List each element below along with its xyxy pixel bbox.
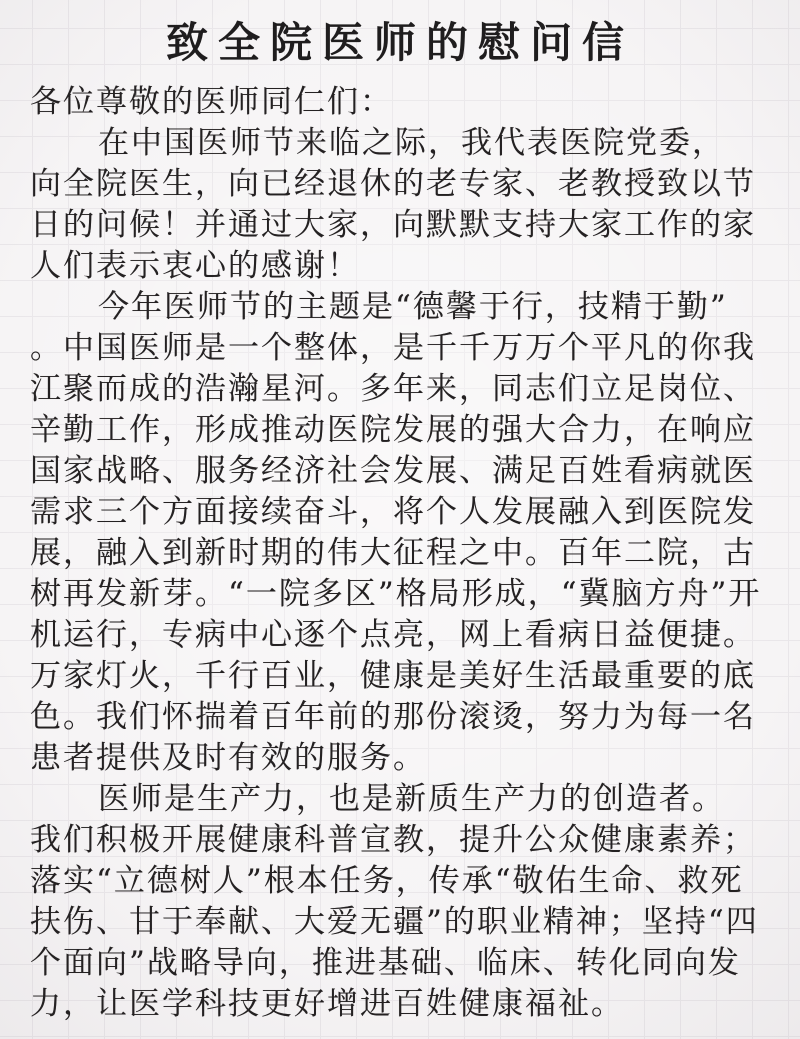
letter-title: 致全院医师的慰问信 <box>0 0 800 68</box>
letter-line: 江聚而成的浩瀚星河。多年来，同志们立足岗位、 <box>30 369 774 410</box>
letter-line: 人们表示衷心的感谢！ <box>30 246 774 287</box>
letter-line: 万家灯火，千行百业，健康是美好生活最重要的底 <box>30 656 774 697</box>
letter-line: 患者提供及时有效的服务。 <box>30 738 774 779</box>
letter-line: 日的问候！并通过大家，向默默支持大家工作的家 <box>30 205 774 246</box>
letter-line: 国家战略、服务经济社会发展、满足百姓看病就医 <box>30 451 774 492</box>
letter-line: 向全院医生，向已经退休的老专家、老教授致以节 <box>30 164 774 205</box>
letter-line: 今年医师节的主题是“德馨于行，技精于勤” <box>30 287 774 328</box>
letter-line: 扶伤、甘于奉献、大爱无疆”的职业精神；坚持“四 <box>30 902 774 943</box>
letter-line: 力，让医学科技更好增进百姓健康福祉。 <box>30 984 774 1025</box>
letter-line: 在中国医师节来临之际，我代表医院党委， <box>30 123 774 164</box>
letter-line: 需求三个方面接续奋斗，将个人发展融入到医院发 <box>30 492 774 533</box>
letter-page: 致全院医师的慰问信 各位尊敬的医师同仁们： 在中国医师节来临之际，我代表医院党委… <box>0 0 800 1039</box>
letter-line: 树再发新芽。“一院多区”格局形成，“冀脑方舟”开 <box>30 574 774 615</box>
letter-line: 展，融入到新时期的伟大征程之中。百年二院，古 <box>30 533 774 574</box>
letter-line: 我们积极开展健康科普宣教，提升公众健康素养； <box>30 820 774 861</box>
letter-line: 辛勤工作，形成推动医院发展的强大合力，在响应 <box>30 410 774 451</box>
letter-body: 各位尊敬的医师同仁们： 在中国医师节来临之际，我代表医院党委， 向全院医生，向已… <box>0 68 800 1025</box>
letter-line: 个面向”战略导向，推进基础、临床、转化同向发 <box>30 943 774 984</box>
letter-line-salutation: 各位尊敬的医师同仁们： <box>30 82 774 123</box>
letter-line: 色。我们怀揣着百年前的那份滚烫，努力为每一名 <box>30 697 774 738</box>
letter-line: 落实“立德树人”根本任务，传承“敬佑生命、救死 <box>30 861 774 902</box>
letter-line: 医师是生产力，也是新质生产力的创造者。 <box>30 779 774 820</box>
letter-line: 。中国医师是一个整体，是千千万万个平凡的你我 <box>30 328 774 369</box>
letter-line: 机运行，专病中心逐个点亮，网上看病日益便捷。 <box>30 615 774 656</box>
